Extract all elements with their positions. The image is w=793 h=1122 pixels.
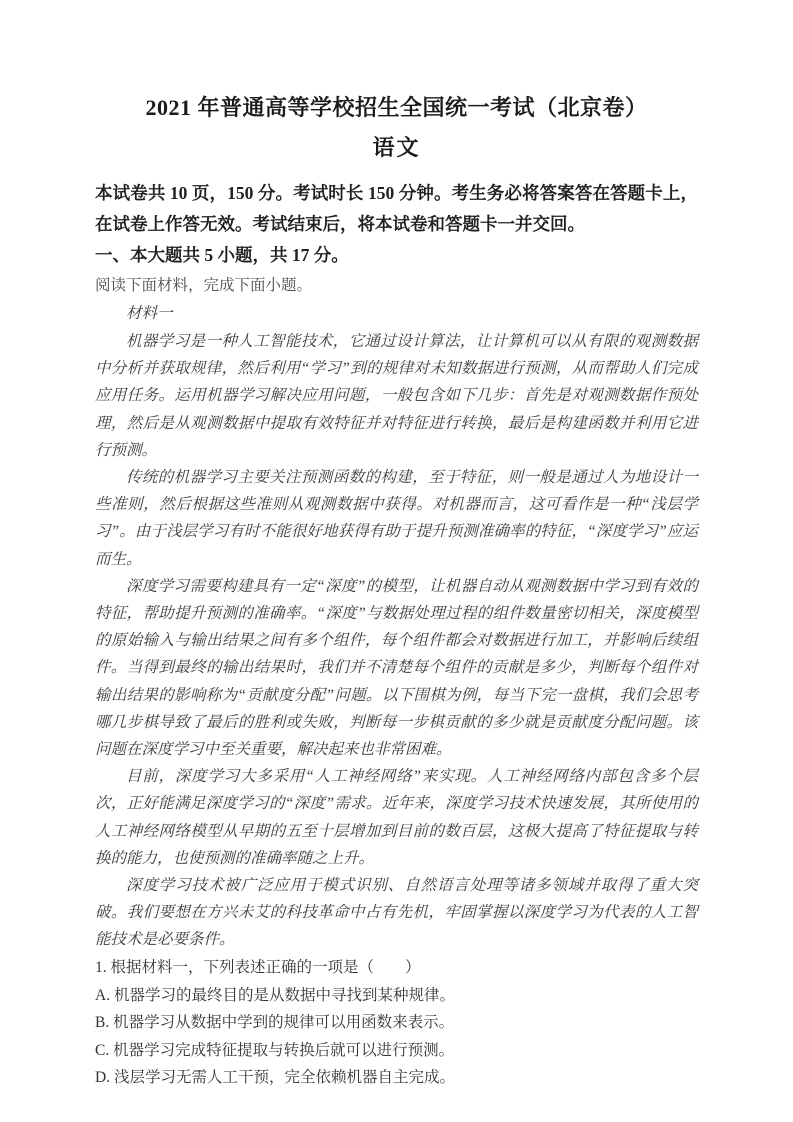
section-one-heading: 一、本大题共 5 小题，共 17 分。 bbox=[95, 240, 698, 271]
exam-paper-page: 2021 年普通高等学校招生全国统一考试（北京卷） 语文 本试卷共 10 页，1… bbox=[0, 0, 793, 1122]
question-1-option-c: C. 机器学习完成特征提取与转换后就可以进行预测。 bbox=[95, 1037, 698, 1065]
page-content: 2021 年普通高等学校招生全国统一考试（北京卷） 语文 本试卷共 10 页，1… bbox=[95, 0, 698, 1092]
question-1-stem: 1. 根据材料一，下列表述正确的一项是（ ） bbox=[95, 954, 698, 982]
material-one-paragraph-4: 目前，深度学习大多采用“人工神经网络”来实现。人工神经网络内部包含多个层次，正好… bbox=[95, 763, 698, 872]
material-one-paragraph-3: 深度学习需要构建具有一定“深度”的模型，让机器自动从观测数据中学习到有效的特征，… bbox=[95, 573, 698, 763]
reading-prompt: 阅读下面材料，完成下面小题。 bbox=[95, 271, 698, 300]
material-one-label: 材料一 bbox=[95, 300, 698, 328]
material-one-paragraph-5: 深度学习技术被广泛应用于模式识别、自然语言处理等诸多领域并取得了重大突破。我们要… bbox=[95, 872, 698, 954]
exam-instructions: 本试卷共 10 页，150 分。考试时长 150 分钟。考生务必将答案答在答题卡… bbox=[95, 178, 698, 240]
question-1-option-a: A. 机器学习的最终目的是从数据中寻找到某种规律。 bbox=[95, 982, 698, 1010]
exam-subject: 语文 bbox=[95, 134, 698, 162]
question-1-option-b: B. 机器学习从数据中学到的规律可以用函数来表示。 bbox=[95, 1009, 698, 1037]
material-one-paragraph-2: 传统的机器学习主要关注预测函数的构建，至于特征，则一般是通过人为地设计一些准则，… bbox=[95, 464, 698, 573]
material-one-paragraph-1: 机器学习是一种人工智能技术，它通过设计算法，让计算机可以从有限的观测数据中分析并… bbox=[95, 328, 698, 464]
question-1-option-d: D. 浅层学习无需人工干预，完全依赖机器自主完成。 bbox=[95, 1064, 698, 1092]
exam-title: 2021 年普通高等学校招生全国统一考试（北京卷） bbox=[95, 94, 698, 122]
